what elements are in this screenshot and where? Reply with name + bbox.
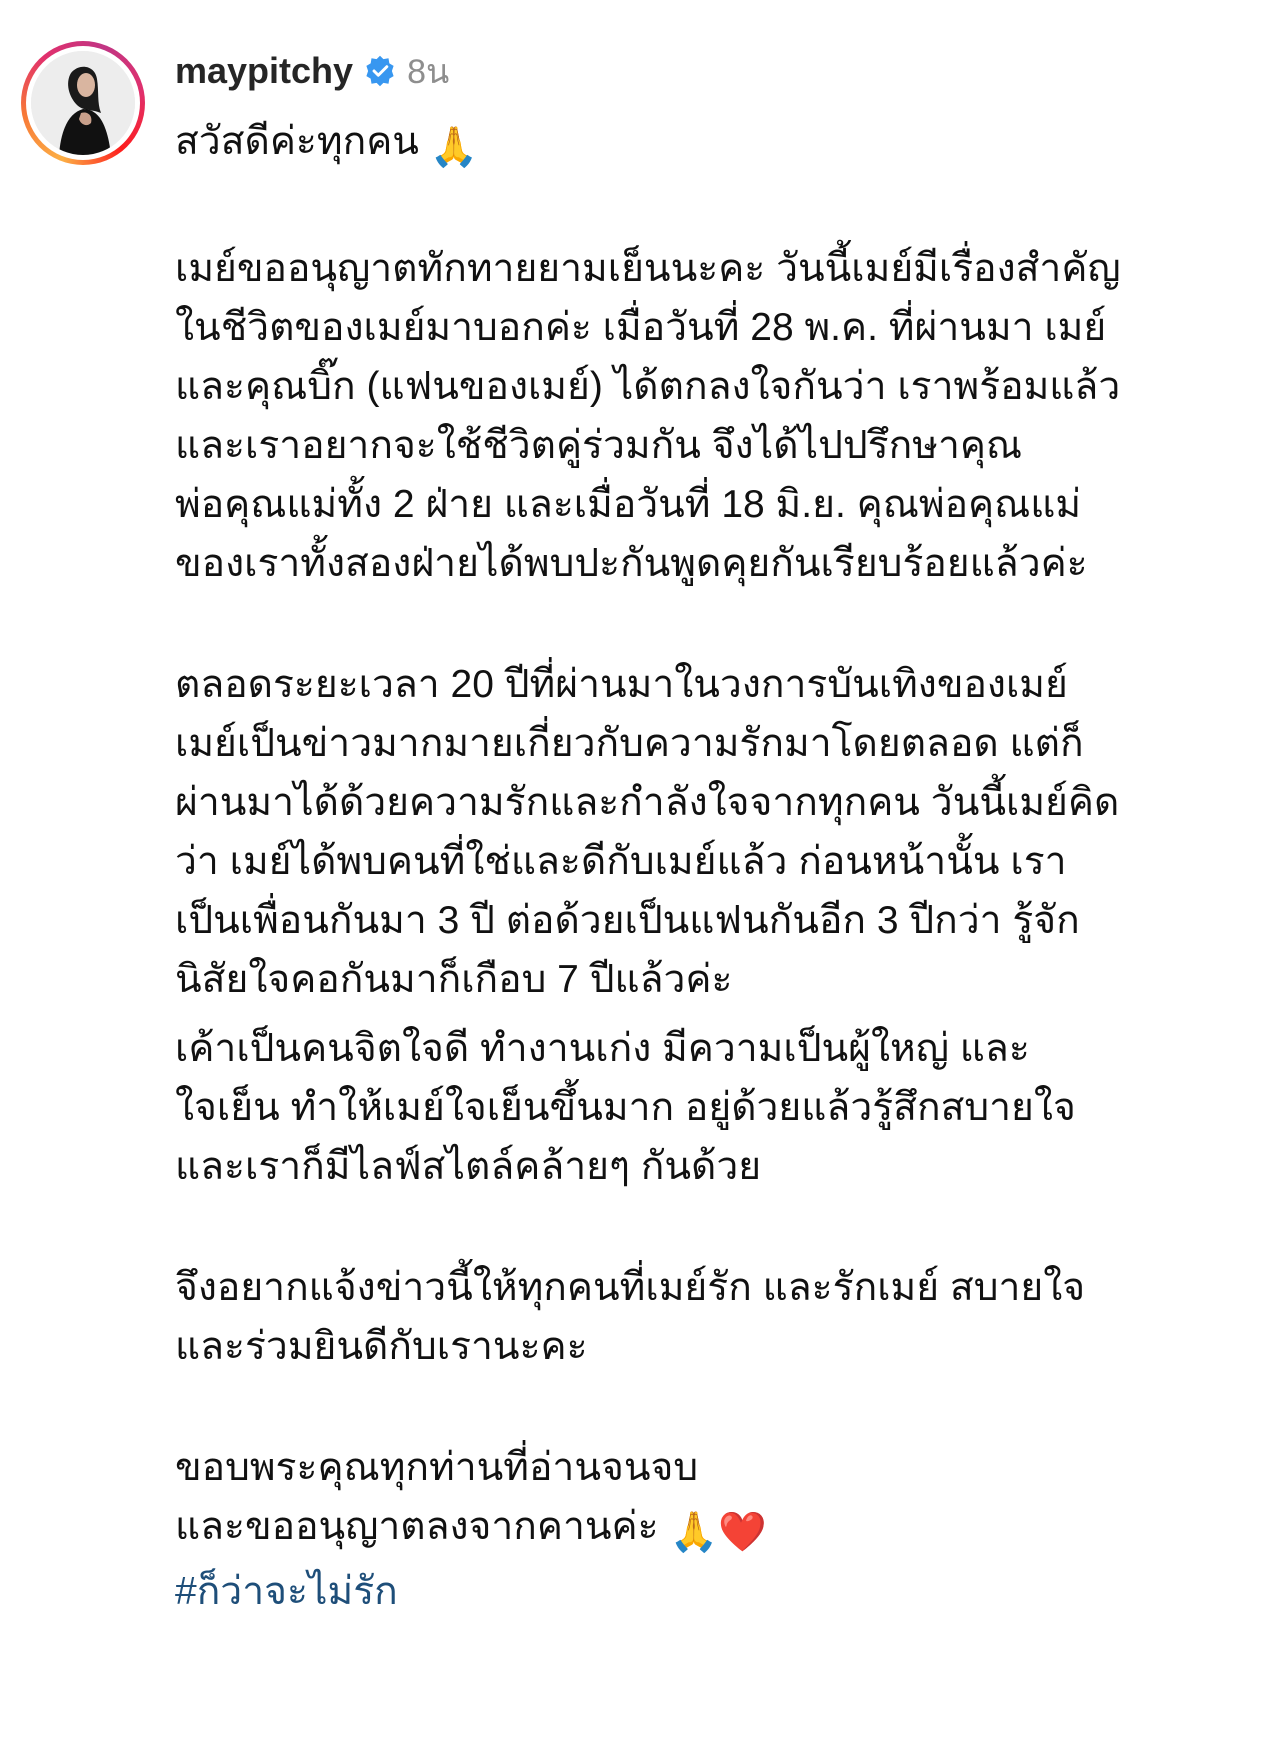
paragraph-2: ตลอดระยะเวลา 20 ปีที่ผ่านมาในวงการบันเทิ… [175,655,1265,1009]
pray-emoji-icon: 🙏 [430,118,479,177]
spacer [175,1376,1265,1438]
caption-line: และเราอยากจะใช้ชีวิตคู่ร่วมกัน จึงได้ไปป… [175,416,1265,475]
spacer [175,1196,1265,1258]
verified-badge-icon [363,54,397,88]
paragraph-4: จึงอยากแจ้งข่าวนี้ให้ทุกคนที่เมย์รัก และ… [175,1258,1265,1376]
greeting-text: สวัสดีค่ะทุกคน [175,120,419,163]
caption-line: ของเราทั้งสองฝ่ายได้พบปะกันพูดคุยกันเรีย… [175,534,1265,593]
post-header: maypitchy 8น [175,44,449,98]
caption-line: จึงอยากแจ้งข่าวนี้ให้ทุกคนที่เมย์รัก และ… [175,1258,1265,1317]
closing-line: และขออนุญาตลงจากคานค่ะ 🙏❤️ [175,1497,1265,1562]
caption-line: และคุณบิ๊ก (แฟนของเมย์) ได้ตกลงใจกันว่า … [175,357,1265,416]
caption-line: เค้าเป็นคนจิตใจดี ทำงานเก่ง มีความเป็นผู… [175,1019,1265,1078]
username-link[interactable]: maypitchy [175,50,353,92]
heart-emoji-icon: ❤️ [718,1503,767,1562]
caption-line: เมย์ขออนุญาตทักทายยามเย็นนะคะ วันนี้เมย์… [175,239,1265,298]
caption-line: เป็นเพื่อนกันมา 3 ปี ต่อด้วยเป็นแฟนกันอี… [175,891,1265,950]
avatar[interactable] [31,51,135,155]
caption-line: ใจเย็น ทำให้เมย์ใจเย็นขึ้นมาก อยู่ด้วยแล… [175,1078,1265,1137]
profile-photo-icon [31,51,135,155]
caption-text: และขออนุญาตลงจากคานค่ะ [175,1505,659,1548]
caption-line: และเราก็มีไลฟ์สไตล์คล้ายๆ กันด้วย [175,1137,1265,1196]
closing: ขอบพระคุณทุกท่านที่อ่านจนจบ และขออนุญาตล… [175,1438,1265,1621]
caption-line: นิสัยใจคอกันมาก็เกือบ 7 ปีแล้วค่ะ [175,950,1265,1009]
spacer [175,177,1265,239]
caption-line: ในชีวิตของเมย์มาบอกค่ะ เมื่อวันที่ 28 พ.… [175,298,1265,357]
pray-emoji-icon: 🙏 [669,1503,718,1562]
caption-line: ขอบพระคุณทุกท่านที่อ่านจนจบ [175,1438,1265,1497]
hashtag-link[interactable]: #ก็ว่าจะไม่รัก [175,1562,1265,1621]
caption-line: ผ่านมาได้ด้วยความรักและกำลังใจจากทุกคน ว… [175,773,1265,832]
caption-line: และร่วมยินดีกับเรานะคะ [175,1317,1265,1376]
greeting-line: สวัสดีค่ะทุกคน 🙏 [175,112,1265,177]
paragraph-3: เค้าเป็นคนจิตใจดี ทำงานเก่ง มีความเป็นผู… [175,1019,1265,1196]
spacer [175,1009,1265,1019]
avatar-story-ring[interactable] [21,41,145,165]
post-timestamp: 8น [407,44,449,98]
avatar-border [26,46,140,160]
caption-line: พ่อคุณแม่ทั้ง 2 ฝ่าย และเมื่อวันที่ 18 ม… [175,475,1265,534]
paragraph-1: เมย์ขออนุญาตทักทายยามเย็นนะคะ วันนี้เมย์… [175,239,1265,593]
caption-body: สวัสดีค่ะทุกคน 🙏 เมย์ขออนุญาตทักทายยามเย… [175,112,1265,1621]
spacer [175,593,1265,655]
caption-line: ว่า เมย์ได้พบคนที่ใช่และดีกับเมย์แล้ว ก่… [175,832,1265,891]
caption-line: ตลอดระยะเวลา 20 ปีที่ผ่านมาในวงการบันเทิ… [175,655,1265,714]
caption-line: เมย์เป็นข่าวมากมายเกี่ยวกับความรักมาโดยต… [175,714,1265,773]
